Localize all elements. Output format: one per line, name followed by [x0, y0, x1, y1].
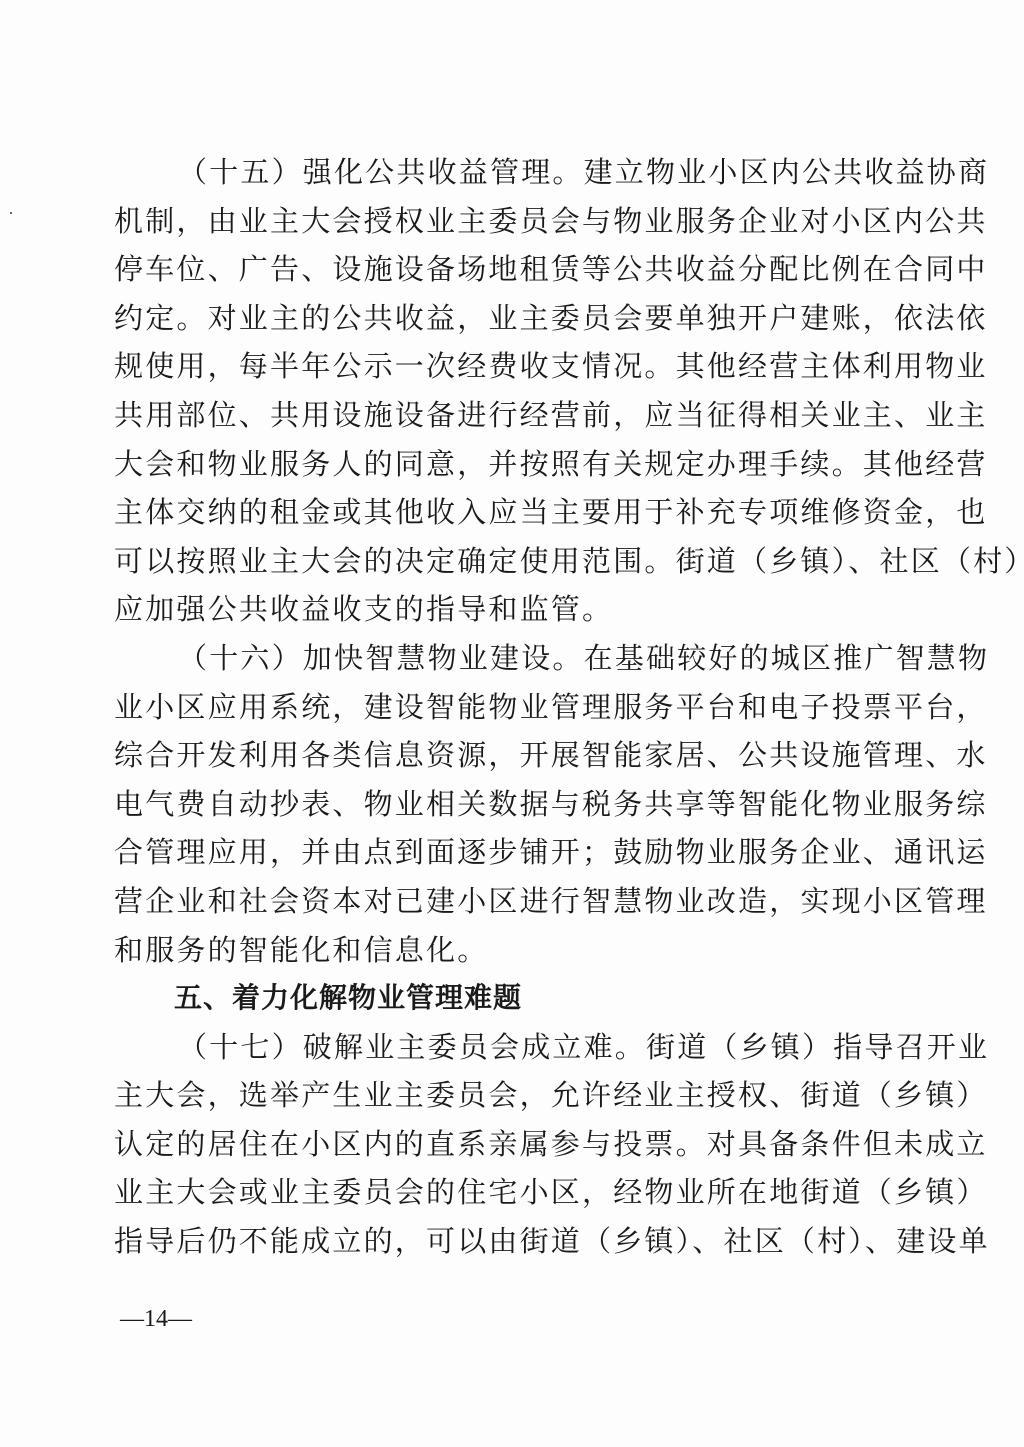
text-line: 大会和物业服务人的同意，并按照有关规定办理手续。其他经营	[114, 440, 916, 489]
scan-speck	[10, 212, 12, 214]
text-line: 可以按照业主大会的决定确定使用范围。街道（乡镇）、社区（村）	[114, 537, 916, 586]
text-line: 停车位、广告、设施设备场地租赁等公共收益分配比例在合同中	[114, 245, 916, 294]
paragraph-item-15: （十五）强化公共收益管理。建立物业小区内公共收益协商 机制，由业主大会授权业主委…	[114, 148, 916, 634]
text-line: 合管理应用，并由点到面逐步铺开；鼓励物业服务企业、通讯运	[114, 828, 916, 877]
text-line: 营企业和社会资本对已建小区进行智慧物业改造，实现小区管理	[114, 877, 916, 926]
text-line: 认定的居住在小区内的直系亲属参与投票。对具备条件但未成立	[114, 1120, 916, 1169]
section-heading: 五、着力化解物业管理难题	[114, 974, 916, 1023]
text-line: 和服务的智能化和信息化。	[114, 926, 916, 975]
text-line: （十五）强化公共收益管理。建立物业小区内公共收益协商	[114, 148, 916, 197]
text-line: 业主大会或业主委员会的住宅小区，经物业所在地街道（乡镇）	[114, 1168, 916, 1217]
text-line: 主大会，选举产生业主委员会，允许经业主授权、街道（乡镇）	[114, 1071, 916, 1120]
text-line: 规使用，每半年公示一次经费收支情况。其他经营主体利用物业	[114, 342, 916, 391]
text-line: 综合开发利用各类信息资源，开展智能家居、公共设施管理、水	[114, 731, 916, 780]
text-line: 主体交纳的租金或其他收入应当主要用于补充专项维修资金，也	[114, 488, 916, 537]
text-line: 机制，由业主大会授权业主委员会与物业服务企业对小区内公共	[114, 197, 916, 246]
paragraph-item-17: （十七）破解业主委员会成立难。街道（乡镇）指导召开业 主大会，选举产生业主委员会…	[114, 1023, 916, 1266]
text-line: 电气费自动抄表、物业相关数据与税务共享等智能化物业服务综	[114, 780, 916, 829]
text-line: 应加强公共收益收支的指导和监管。	[114, 585, 916, 634]
document-page: （十五）强化公共收益管理。建立物业小区内公共收益协商 机制，由业主大会授权业主委…	[0, 0, 1024, 1447]
text-line: 共用部位、共用设施设备进行经营前，应当征得相关业主、业主	[114, 391, 916, 440]
document-body: （十五）强化公共收益管理。建立物业小区内公共收益协商 机制，由业主大会授权业主委…	[114, 148, 916, 1266]
page-number: —14—	[120, 1306, 192, 1333]
text-line: （十六）加快智慧物业建设。在基础较好的城区推广智慧物	[114, 634, 916, 683]
text-line: （十七）破解业主委员会成立难。街道（乡镇）指导召开业	[114, 1023, 916, 1072]
paragraph-item-16: （十六）加快智慧物业建设。在基础较好的城区推广智慧物 业小区应用系统，建设智能物…	[114, 634, 916, 974]
text-line: 约定。对业主的公共收益，业主委员会要单独开户建账，依法依	[114, 294, 916, 343]
text-line: 指导后仍不能成立的，可以由街道（乡镇）、社区（村）、建设单	[114, 1217, 916, 1266]
text-line: 业小区应用系统，建设智能物业管理服务平台和电子投票平台，	[114, 683, 916, 732]
